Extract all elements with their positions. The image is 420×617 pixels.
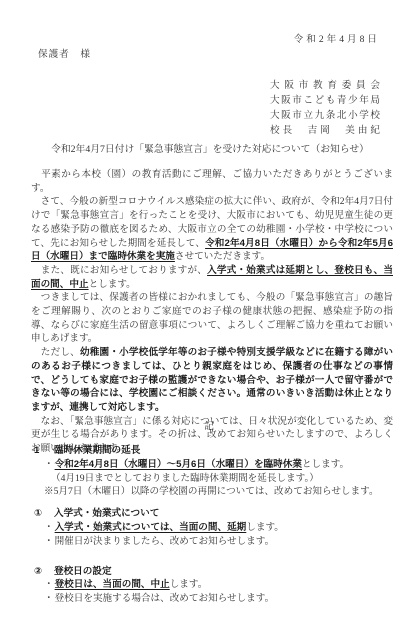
bullet-icon: ・ (44, 579, 54, 590)
section-school-attendance-days: ②登校日の設定 ・登校日は、当面の間、中止します。 ・登校日を実施する場合は、改… (34, 565, 394, 606)
emphasis-attendance-cancelled: 登校日は、当面の間、中止 (55, 579, 170, 590)
paragraph-closure-extension: さて、今般の新型コロナウイルス感染症の拡大に伴い、政府が、令和2年4月7日付けで… (31, 195, 393, 264)
section-number: 1 (34, 444, 46, 458)
section-number: ② (34, 565, 46, 579)
paragraph-request-to-guardians: つきましては、保護者の皆様におかれましても、今般の「緊急事態宣言」の趣旨をご理解… (31, 291, 393, 346)
closure-period-bullet: ・令和2年4月8日（水曜日）～5月6日（水曜日）を臨時休業とします。 (34, 458, 394, 472)
itemized-sections: 1臨時休業期間の延長 ・令和2年4月8日（水曜日）～5月6日（水曜日）を臨時休業… (34, 444, 394, 606)
emphasis-childcare-consultation: 幼稚園・小学校低学年等のお子様や特別支援学級などに在籍する障がいのあるお子様につ… (31, 347, 393, 413)
paragraph-ceremony-postponed: また、既にお知らせしておりますが、入学式・始業式は延期とし、登校日も、当面の間、… (31, 264, 393, 291)
doc-title: 令和2年4月7日付け「緊急事態宣言」を受けた対応について（お知らせ） (0, 143, 420, 157)
reopening-note: ※5月7日（木曜日）以降の学校園の再開については、改めてお知らせします。 (34, 485, 394, 499)
section-entrance-ceremony: ①入学式・始業式について ・入学式・始業式については、当面の間、延期します。 ・… (34, 507, 394, 548)
sender-school-name: 大阪市立九条北小学校 (270, 108, 380, 123)
sender-org-youth-bureau: 大阪市こども青少年局 (270, 93, 380, 108)
doc-date: 令和2年4月8日 (294, 33, 380, 47)
bullet-icon: ・ (44, 536, 54, 547)
document-page: 令和2年4月8日 保護者 様 大阪市教育委員会 大阪市こども青少年局 大阪市立九… (0, 0, 420, 617)
section-entrance-ceremony-heading: ①入学式・始業式について (34, 507, 394, 521)
ceremony-notice-bullet: ・開催日が決まりましたら、改めてお知らせします。 (34, 535, 394, 549)
section-closure-period-heading: 1臨時休業期間の延長 (34, 444, 394, 458)
sender-org-board-of-education: 大阪市教育委員会 (270, 78, 380, 93)
paragraph-greeting: 平素から本校（園）の教育活動にご理解、ご協力いただきありがとうございます。 (31, 168, 393, 195)
paragraph-childcare-exception: ただし、幼稚園・小学校低学年等のお子様や特別支援学級などに在籍する障がいのあるお… (31, 346, 393, 415)
section-closure-period: 1臨時休業期間の延長 ・令和2年4月8日（水曜日）～5月6日（水曜日）を臨時休業… (34, 444, 394, 499)
attendance-cancelled-bullet: ・登校日は、当面の間、中止します。 (34, 578, 394, 592)
doc-body: 平素から本校（園）の教育活動にご理解、ご協力いただきありがとうございます。 さて… (31, 168, 393, 456)
ki-marker: 記 (0, 420, 420, 434)
recipient-line: 保護者 様 (38, 48, 91, 62)
bullet-icon: ・ (44, 459, 54, 470)
emphasis-closure-dates: 令和2年4月8日（水曜日）～5月6日（水曜日）を臨時休業 (55, 459, 302, 470)
attendance-notice-bullet: ・登校日を実施する場合は、改めてお知らせします。 (34, 592, 394, 606)
section-number: ① (34, 507, 46, 521)
sender-principal-name: 校長 吉岡 美由紀 (270, 123, 380, 138)
bullet-icon: ・ (44, 593, 54, 604)
emphasis-ceremony-postponed: 入学式・始業式については、当面の間、延期 (55, 522, 247, 533)
sender-block: 大阪市教育委員会 大阪市こども青少年局 大阪市立九条北小学校 校長 吉岡 美由紀 (270, 78, 380, 138)
section-attendance-heading: ②登校日の設定 (34, 565, 394, 579)
ceremony-postponed-bullet: ・入学式・始業式については、当面の間、延期します。 (34, 521, 394, 535)
closure-period-note: （4月19日までとしておりました臨時休業期間を延長します。） (34, 472, 394, 486)
bullet-icon: ・ (44, 522, 54, 533)
